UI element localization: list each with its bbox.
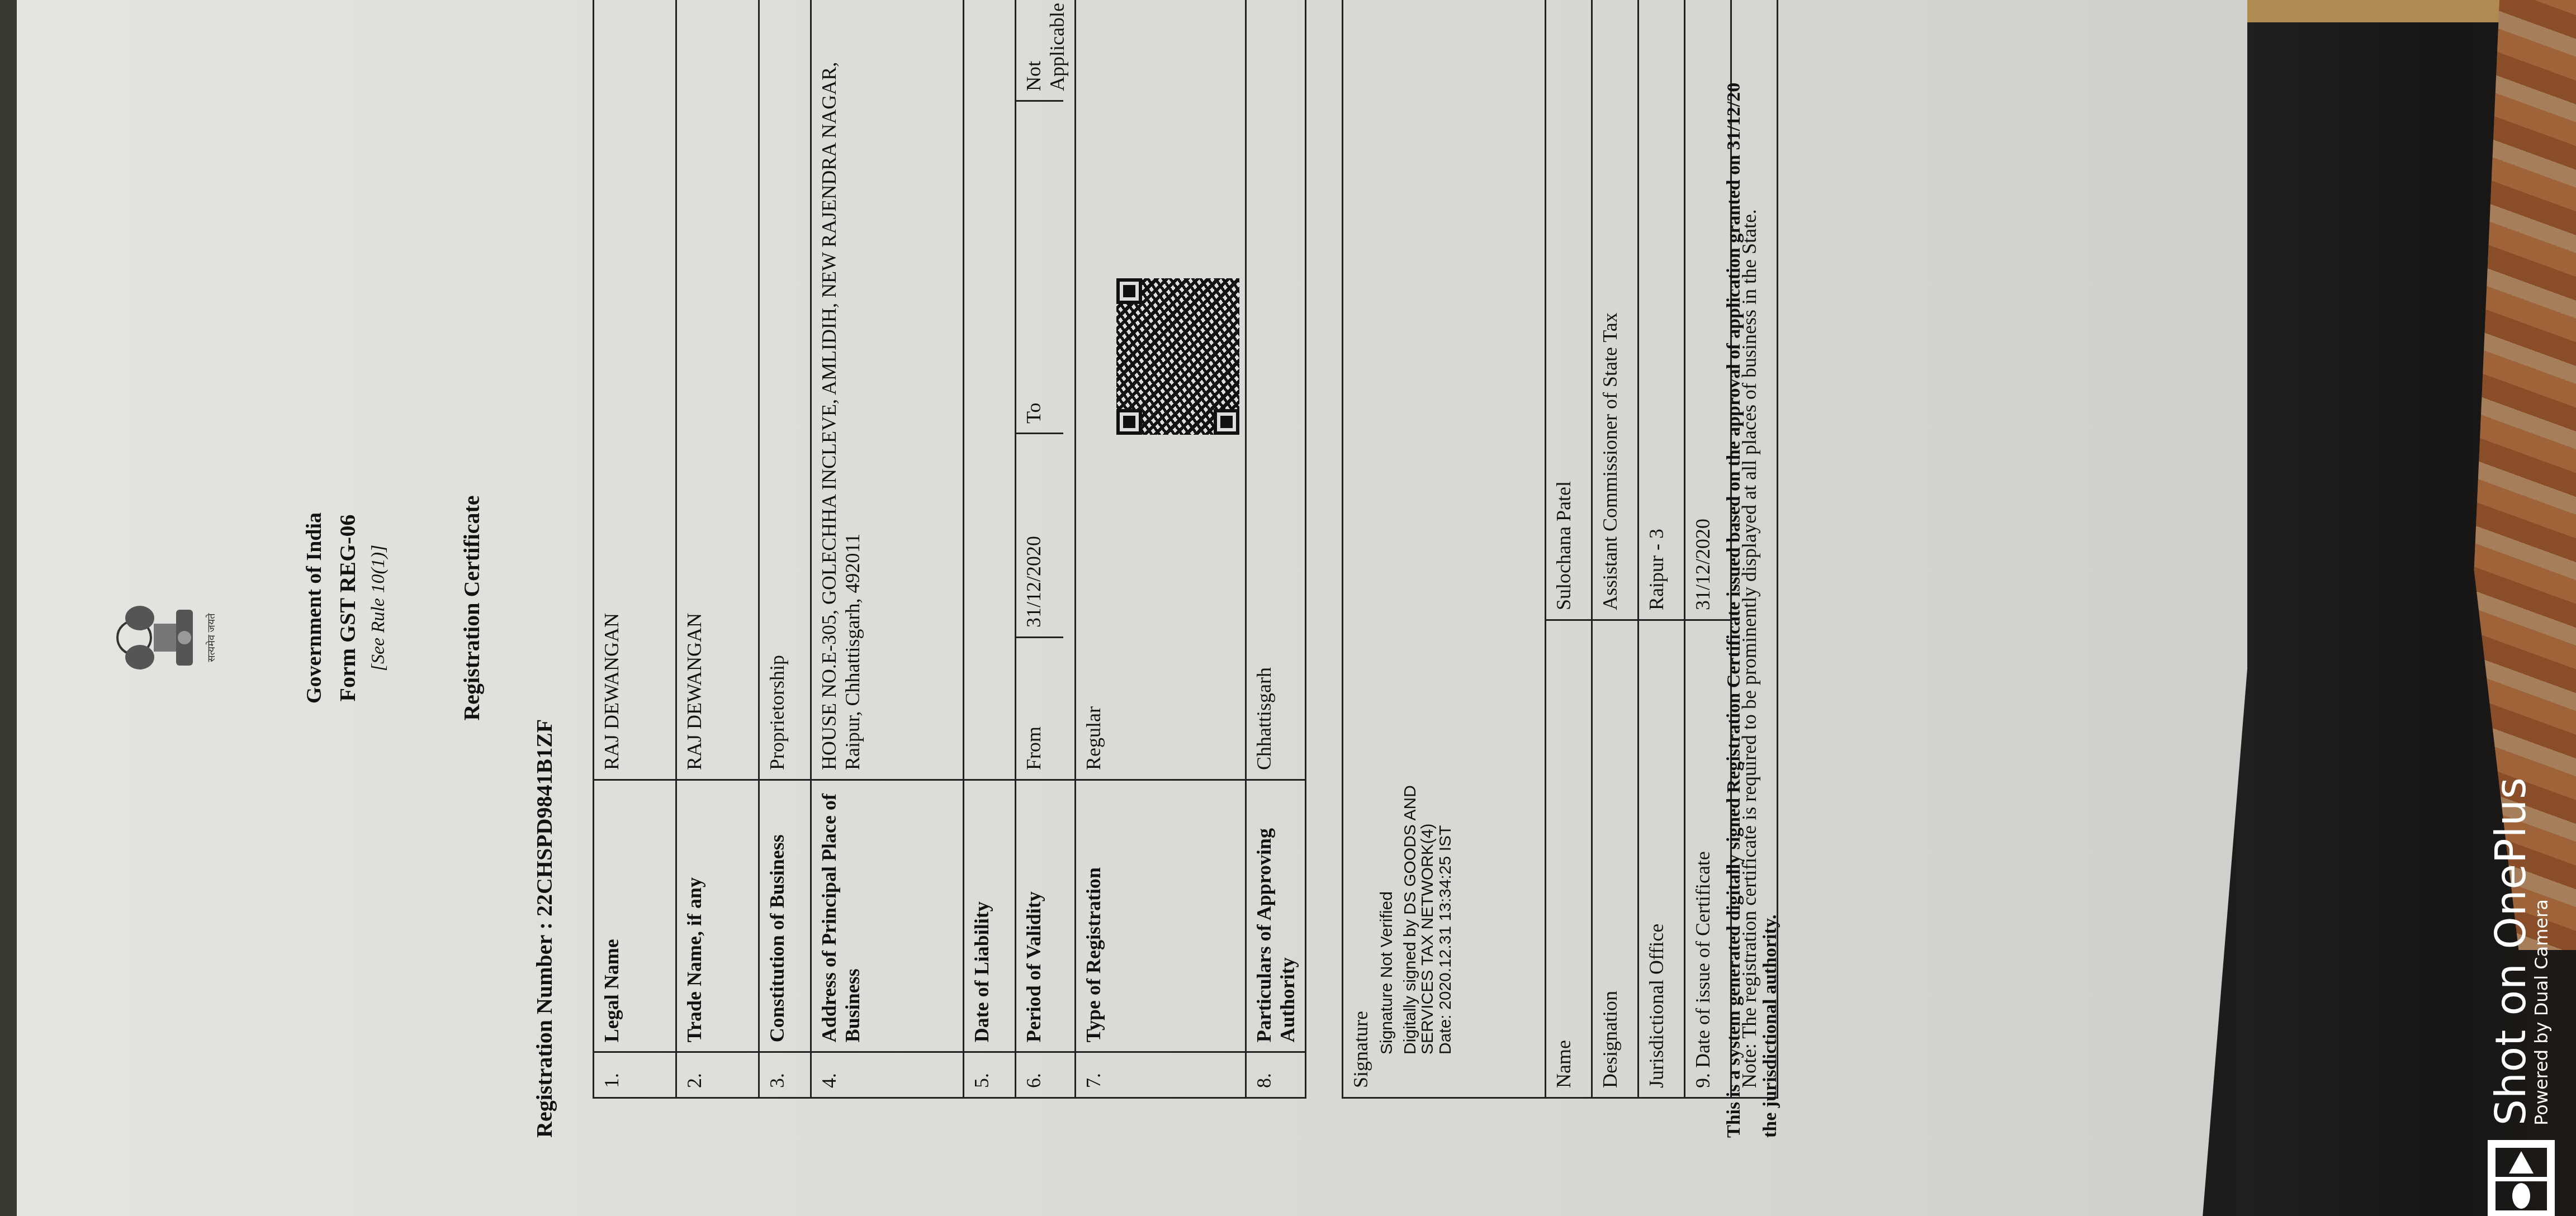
signature-cell: Signature Signature Not Verified Digital… (1343, 0, 1546, 1098)
table-row: 2. Trade Name, if any RAJ DEWANGAN (676, 0, 759, 1098)
constitution-value: Proprietorship (759, 0, 811, 780)
row-label: Date of Liability (964, 780, 1016, 1052)
row-number: 5. (964, 1052, 1016, 1098)
footer-line-2: the jurisdictional authority. (1753, 0, 1789, 1138)
validity-from-date: 31/12/2020 (1016, 433, 1063, 636)
row-label: Type of Registration (1076, 780, 1246, 1052)
validity-to-value: Not Applicable (1016, 0, 1063, 100)
footer-line-1: This is a system generated digitally sig… (1716, 0, 1753, 1138)
row-number: 8. (1246, 1052, 1306, 1098)
signed-by-line-1: Digitally signed by DS GOODS AND (1401, 3, 1419, 1054)
emblem-motto: सत्यमेव जयते (205, 596, 218, 680)
authority-name-value: Sulochana Patel (1546, 0, 1592, 620)
qr-code-icon (1116, 278, 1239, 435)
certificate-title: Registration Certificate (458, 0, 485, 1216)
table-row: 4. Address of Principal Place of Busines… (811, 0, 964, 1098)
row-number: 6. (1016, 1052, 1076, 1098)
registration-number-label: Registration Number : (532, 922, 557, 1138)
row-number: 1. (594, 1052, 676, 1098)
row-number: 7. (1076, 1052, 1246, 1098)
row-label: Legal Name (594, 780, 676, 1052)
table-row: 7. Type of Registration Regular (1076, 0, 1246, 1098)
authority-label: Name (1546, 620, 1592, 1098)
authority-row: Name Sulochana Patel (1546, 0, 1592, 1098)
watermark-main-text: Shot on OnePlus (2490, 777, 2532, 1125)
paper-sheet: सत्यमेव जयते Government of India Form GS… (17, 0, 2247, 1216)
period-of-validity: From 31/12/2020 To Not Applicable (1016, 0, 1076, 780)
watermark-sub-text: Powered by Dual Camera (2532, 777, 2551, 1125)
government-heading: Government of India (302, 0, 326, 1216)
authority-label: Designation (1592, 620, 1639, 1098)
registration-number: Registration Number : 22CHSPD9841B1ZF (531, 719, 557, 1138)
row-label: Constitution of Business (759, 780, 811, 1052)
row-label: Period of Validity (1016, 780, 1076, 1052)
qr-finder-icon (1116, 278, 1142, 304)
national-emblem: सत्यमेव जयते (112, 596, 218, 680)
authority-row: Designation Assistant Commissioner of St… (1592, 0, 1639, 1098)
digital-signature-block: Signature Not Verified Digitally signed … (1378, 3, 1454, 1054)
signature-table: Signature Signature Not Verified Digital… (1342, 0, 1778, 1099)
registration-type-value: Regular (1082, 706, 1105, 770)
signature-status: Signature Not Verified (1378, 3, 1396, 1054)
trade-name-value: RAJ DEWANGAN (676, 0, 759, 780)
table-row: 1. Legal Name RAJ DEWANGAN (594, 0, 676, 1098)
validity-to-label: To (1016, 100, 1063, 433)
row-number: 2. (676, 1052, 759, 1098)
registration-number-value: 22CHSPD9841B1ZF (532, 719, 557, 916)
signature-date: Date: 2020.12.31 13:34:25 IST (1437, 3, 1455, 1054)
table-row: 8. Particulars of Approving Authority Ch… (1246, 0, 1306, 1098)
signature-label: Signature (1349, 3, 1372, 1088)
registration-type-cell: Regular (1076, 0, 1246, 780)
ashoka-emblem-icon (112, 596, 201, 680)
system-generated-footer: This is a system generated digitally sig… (1716, 0, 1788, 1138)
qr-finder-icon (1116, 409, 1142, 435)
address-value: HOUSE NO.E-305, GOLECHHA INCLEVE, AMLIDI… (811, 0, 964, 780)
triangle-icon (2509, 1151, 2534, 1174)
jurisdictional-office-value: Raipur - 3 (1639, 0, 1685, 620)
date-of-liability-value (964, 0, 1016, 780)
row-number: 3. (759, 1052, 811, 1098)
row-number: 4. (811, 1052, 964, 1098)
signature-row: Signature Signature Not Verified Digital… (1343, 0, 1546, 1098)
row-label: Trade Name, if any (676, 780, 759, 1052)
table-row: 3. Constitution of Business Proprietorsh… (759, 0, 811, 1098)
dual-camera-logo-icon (2488, 1140, 2555, 1216)
row-label: Particulars of Approving Authority (1246, 780, 1306, 1052)
circle-icon (2512, 1183, 2530, 1209)
validity-from-label: From (1016, 636, 1063, 779)
form-heading: Form GST REG-06 (334, 0, 361, 1216)
authority-designation-value: Assistant Commissioner of State Tax (1592, 0, 1639, 620)
legal-name-value: RAJ DEWANGAN (594, 0, 676, 780)
certificate-page: सत्यमेव जयते Government of India Form GS… (17, 0, 2247, 1216)
registration-details-table: 1. Legal Name RAJ DEWANGAN 2. Trade Name… (593, 0, 1306, 1099)
rule-reference: [See Rule 10(1)] (368, 0, 389, 1216)
authority-row: Jurisdictional Office Raipur - 3 (1639, 0, 1685, 1098)
signed-by-line-2: SERVICES TAX NETWORK(4) (1419, 3, 1437, 1054)
authority-label: Jurisdictional Office (1639, 620, 1685, 1098)
camera-watermark: Shot on OnePlus Powered by Dual Camera (2471, 715, 2572, 1216)
row-label: Address of Principal Place of Business (811, 780, 964, 1052)
table-row: 6. Period of Validity From 31/12/2020 To… (1016, 0, 1076, 1098)
approving-authority-value: Chhattisgarh (1246, 0, 1306, 780)
qr-finder-icon (1214, 409, 1239, 435)
table-row: 5. Date of Liability (964, 0, 1016, 1098)
